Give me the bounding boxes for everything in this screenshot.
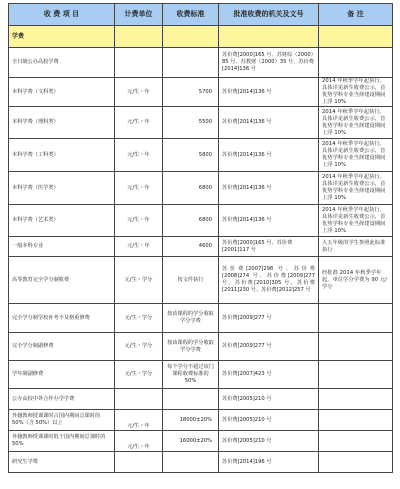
item-name: 本科学费（艺术类）: [9, 205, 115, 237]
item-standard: 5700: [163, 78, 219, 107]
table-row: 学年制副修费 元/生・学分 每个学分不超过该门课程收费标准的 50% 苏价费[2…: [9, 361, 393, 389]
item-doc: 苏价费[2014]136 号: [219, 205, 319, 237]
section-cell: [115, 26, 163, 48]
item-note: [319, 48, 393, 78]
item-standard: 5500: [163, 107, 219, 139]
item-standard: 16000±20%: [163, 431, 219, 452]
section-row-tuition: 学费: [9, 26, 393, 48]
item-note: 2014 年秋季学年起执行，具体详见新生收费公示，首优势学科专业当择建设期间上浮…: [319, 172, 393, 205]
header-standard: 收费标准: [163, 4, 219, 26]
item-unit: [115, 452, 163, 473]
item-unit: 元/生・年: [115, 237, 163, 257]
item-note: 2014 年秋季学年起执行，具体详见新生收费公示，首优势学科专业当择建设期间上浮…: [319, 78, 393, 107]
item-name: 本科学费（理科类）: [9, 107, 115, 139]
item-standard: 按该课程的学分收取学分学费: [163, 304, 219, 333]
item-doc: 苏价费[2014]136 号: [219, 107, 319, 139]
item-note: [319, 389, 393, 410]
item-standard: [163, 452, 219, 473]
item-doc: 苏价费[2005]210 号: [219, 431, 319, 452]
table-row: 本科学费（文科类） 元/生・年 5700 苏价费[2014]136 号 2014…: [9, 78, 393, 107]
item-standard: 6800: [163, 205, 219, 237]
item-standard: [163, 48, 219, 78]
item-unit: 元/生・学分: [115, 257, 163, 304]
item-unit: 元/生・学分: [115, 304, 163, 333]
item-standard: 18000±20%: [163, 410, 219, 431]
section-cell: [219, 26, 319, 48]
item-standard: 每个学分不超过该门课程收费标准的 50%: [163, 361, 219, 389]
item-doc: 苏价费[2014]196 号: [219, 452, 319, 473]
table-row: 本科学费（理科类） 元/生・年 5500 苏价费[2014]136 号 2014…: [9, 107, 393, 139]
table-row: 研究生学费 苏价费[2014]196 号: [9, 452, 393, 473]
item-unit: 元/生・年: [115, 107, 163, 139]
item-doc: 苏价费[2000]165 号、苏价费[2001]117 号: [219, 237, 319, 257]
table-row: 全日制公办高校学费 苏价费[2000]165 号、苏财综（2000）85 号、苏…: [9, 48, 393, 78]
item-unit: 元/生・年: [115, 431, 163, 452]
item-note: [319, 452, 393, 473]
item-doc: 苏价费[2014]136 号: [219, 139, 319, 172]
header-remarks: 备 注: [319, 4, 393, 26]
item-note: 2014 年秋季学年起执行，具体详见新生收费公示，首优势学科专业当择建设期间上浮…: [319, 205, 393, 237]
table-row: 外籍教师授课课时占国内期间总课时的 50%（含 50%）以上 元/生・年 180…: [9, 410, 393, 431]
item-note: 大五年级的学生参照此标准执行: [319, 237, 393, 257]
item-name: 全日制公办高校学费: [9, 48, 115, 78]
item-note: [319, 410, 393, 431]
item-name: 外籍教师授课课时低于国内期间总课时的 50%: [9, 431, 115, 452]
item-doc: 苏价费[2007]423 号: [219, 361, 319, 389]
section-cell: [319, 26, 393, 48]
header-approval-doc: 批准收费的机关及文号: [219, 4, 319, 26]
item-standard: 6800: [163, 172, 219, 205]
item-name: 高等教育完全学分制收费: [9, 257, 115, 304]
item-note: [319, 304, 393, 333]
table-row: 高等教育完全学分制收费 元/生・学分 按文件执行 苏价费[2007]298 号、…: [9, 257, 393, 304]
item-standard: 按文件执行: [163, 257, 219, 304]
item-doc: 苏价费[2014]136 号: [219, 78, 319, 107]
item-note: [319, 333, 393, 361]
item-note: 2014 年秋季学年起执行，具体详见新生收费公示，首优势学科专业当择建设期间上浮…: [319, 107, 393, 139]
item-doc: 苏价费[2000]165 号、苏财综（2000）85 号、苏教财（2000）35…: [219, 48, 319, 78]
item-name: 本科学费（文科类）: [9, 78, 115, 107]
item-name: 学年制副修费: [9, 361, 115, 389]
item-standard: 按该课程的学分收取学分学费: [163, 333, 219, 361]
table-row: 完全学分制副修费 元/生・学分 按该课程的学分收取学分学费 苏价费[2009]2…: [9, 333, 393, 361]
item-doc: 苏价费[2005]210 号: [219, 389, 319, 410]
item-note: [319, 361, 393, 389]
item-unit: [115, 389, 163, 410]
table-row: 一般本科专业 元/生・年 4600 苏价费[2000]165 号、苏价费[200…: [9, 237, 393, 257]
table-row: 完全学分制学校补考不及格重修费 元/生・学分 按该课程的学分收取学分学费 苏价费…: [9, 304, 393, 333]
item-unit: 元/生・年: [115, 205, 163, 237]
item-name: 完全学分制学校补考不及格重修费: [9, 304, 115, 333]
table-row: 本科学费（工科类） 元/生・年 5800 苏价费[2014]136 号 2014…: [9, 139, 393, 172]
item-name: 研究生学费: [9, 452, 115, 473]
header-item: 收 费 项 目: [9, 4, 115, 26]
item-unit: 元/生・学分: [115, 361, 163, 389]
item-standard: 5800: [163, 139, 219, 172]
item-name: 公办高校中外合作办学学费: [9, 389, 115, 410]
item-unit: 元/生・年: [115, 139, 163, 172]
item-name: 本科学费（医学类）: [9, 172, 115, 205]
item-unit: 元/生・学分: [115, 333, 163, 361]
item-unit: [115, 48, 163, 78]
table-row: 外籍教师授课课时低于国内期间总课时的 50% 元/生・年 16000±20% 苏…: [9, 431, 393, 452]
item-note: 2014 年秋季学年起执行，具体详见新生收费公示，首优势学科专业当择建设期间上浮…: [319, 139, 393, 172]
item-name: 完全学分制副修费: [9, 333, 115, 361]
header-unit: 计费单位: [115, 4, 163, 26]
item-doc: 苏价费[2009]277 号: [219, 333, 319, 361]
table-row: 本科学费（医学类） 元/生・年 6800 苏价费[2014]136 号 2014…: [9, 172, 393, 205]
item-name: 本科学费（工科类）: [9, 139, 115, 172]
item-unit: 元/生・年: [115, 172, 163, 205]
section-label: 学费: [9, 26, 115, 48]
section-cell: [163, 26, 219, 48]
item-unit: 元/生・年: [115, 410, 163, 431]
item-doc: 苏价费[2009]277 号: [219, 304, 319, 333]
item-note: [319, 431, 393, 452]
item-unit: 元/生・年: [115, 78, 163, 107]
item-doc: 苏价费[2014]136 号: [219, 172, 319, 205]
item-doc: 苏价费[2005]210 号: [219, 410, 319, 431]
header-row: 收 费 项 目 计费单位 收费标准 批准收费的机关及文号 备 注: [9, 4, 393, 26]
item-doc: 苏价费[2007]298 号、苏价费[2008]274 号、苏价费[2009]2…: [219, 257, 319, 304]
table-row: 公办高校中外合作办学学费 苏价费[2005]210 号: [9, 389, 393, 410]
item-standard: [163, 389, 219, 410]
item-name: 一般本科专业: [9, 237, 115, 257]
fee-table: 收 费 项 目 计费单位 收费标准 批准收费的机关及文号 备 注 学费 全日制公…: [8, 3, 393, 473]
table-row: 本科学费（艺术类） 元/生・年 6800 苏价费[2014]136 号 2014…: [9, 205, 393, 237]
item-note: 经批准 2014 年秋季学年起，单位学分学费为 90 元/学分: [319, 257, 393, 304]
item-standard: 4600: [163, 237, 219, 257]
item-name: 外籍教师授课课时占国内期间总课时的 50%（含 50%）以上: [9, 410, 115, 431]
